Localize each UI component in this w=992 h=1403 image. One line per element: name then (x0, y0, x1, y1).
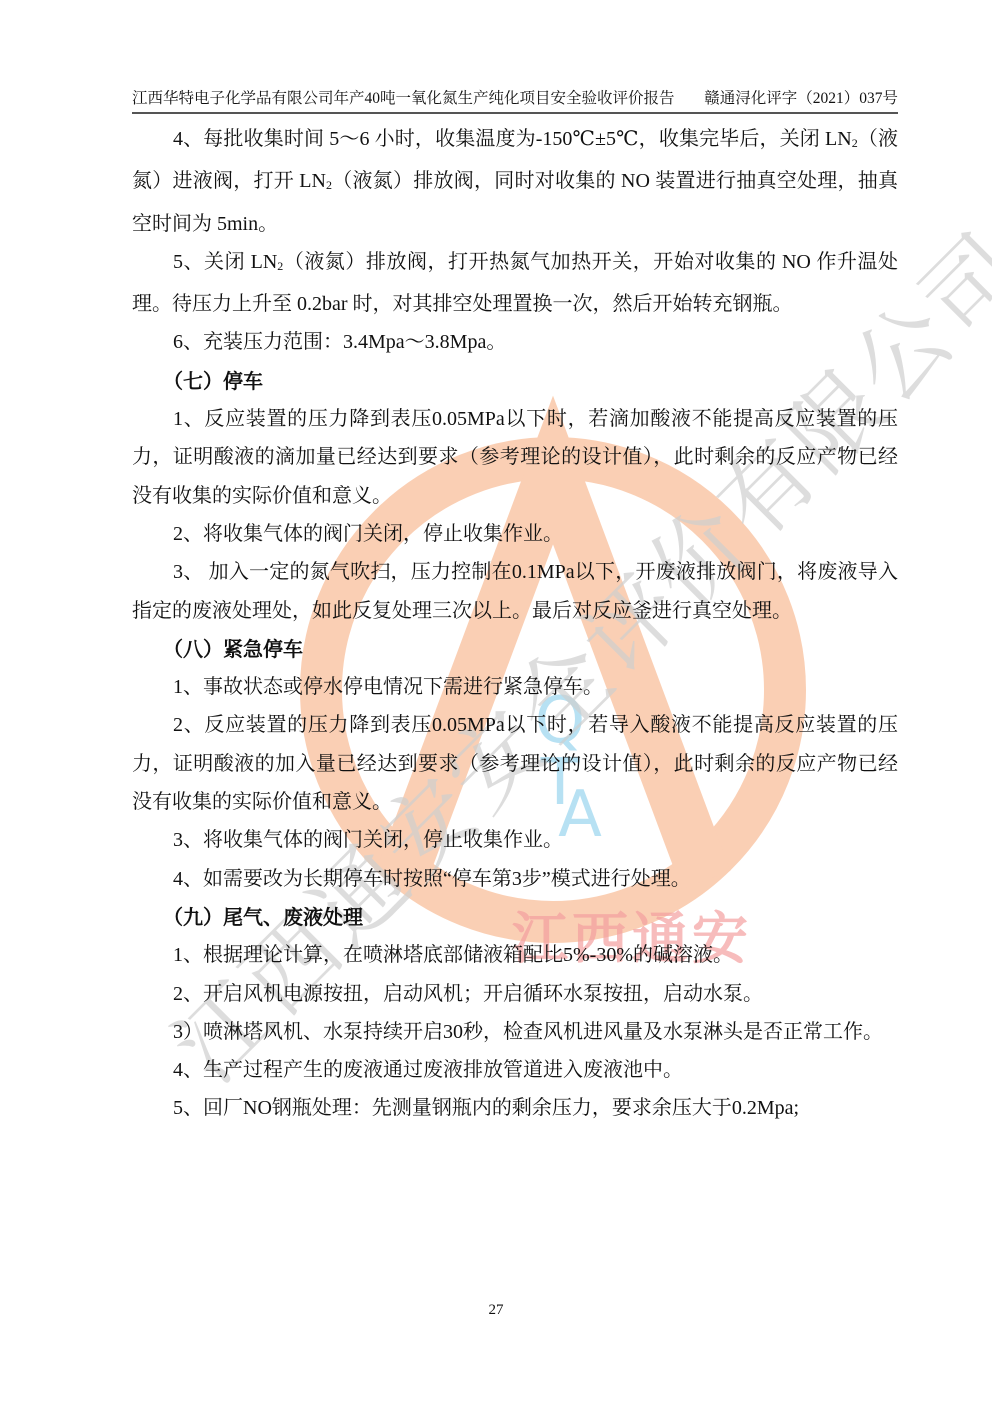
section-heading: （八）紧急停车 (132, 630, 898, 668)
paragraph: 1、根据理论计算，在喷淋塔底部储液箱配比5%-30%的碱溶液。 (132, 936, 898, 974)
paragraph: 2、开启风机电源按扭，启动风机；开启循环水泵按扭，启动水泵。 (132, 975, 898, 1013)
paragraph: 5、回厂NO钢瓶处理：先测量钢瓶内的剩余压力，要求余压大于0.2Mpa; (132, 1089, 898, 1127)
page-header: 江西华特电子化学品有限公司年产40吨一氧化氮生产纯化项目安全验收评价报告 赣通浔… (132, 86, 898, 108)
paragraph: 4、生产过程产生的废液通过废液排放管道进入废液池中。 (132, 1051, 898, 1089)
paragraph: 4、如需要改为长期停车时按照“停车第3步”模式进行处理。 (132, 860, 898, 898)
paragraph: 4、每批收集时间 5～6 小时，收集温度为-150℃±5℃，收集完毕后，关闭 L… (132, 120, 898, 243)
paragraph: 3）喷淋塔风机、水泵持续开启30秒，检查风机进风量及水泵淋头是否正常工作。 (132, 1013, 898, 1051)
section-heading: （九）尾气、废液处理 (132, 898, 898, 936)
document-body: 4、每批收集时间 5～6 小时，收集温度为-150℃±5℃，收集完毕后，关闭 L… (132, 120, 898, 1128)
report-title: 江西华特电子化学品有限公司年产40吨一氧化氮生产纯化项目安全验收评价报告 (132, 86, 675, 108)
header-divider (132, 112, 898, 114)
paragraph: 6、充装压力范围：3.4Mpa～3.8Mpa。 (132, 323, 898, 361)
paragraph: 5、关闭 LN2（液氮）排放阀，打开热氮气加热开关，开始对收集的 NO 作升温处… (132, 243, 898, 324)
paragraph: 1、反应装置的压力降到表压0.05MPa以下时，若滴加酸液不能提高反应装置的压力… (132, 400, 898, 515)
paragraph: 2、将收集气体的阀门关闭，停止收集作业。 (132, 515, 898, 553)
paragraph: 3、 加入一定的氮气吹扫，压力控制在0.1MPa以下，开废液排放阀门，将废液导入… (132, 553, 898, 630)
paragraph: 1、事故状态或停水停电情况下需进行紧急停车。 (132, 668, 898, 706)
paragraph: 2、反应装置的压力降到表压0.05MPa以下时，若导入酸液不能提高反应装置的压力… (132, 706, 898, 821)
paragraph: 3、将收集气体的阀门关闭，停止收集作业。 (132, 821, 898, 859)
section-heading: （七）停车 (132, 362, 898, 400)
document-number: 赣通浔化评字（2021）037号 (704, 86, 898, 108)
page-number: 27 (0, 1302, 992, 1319)
